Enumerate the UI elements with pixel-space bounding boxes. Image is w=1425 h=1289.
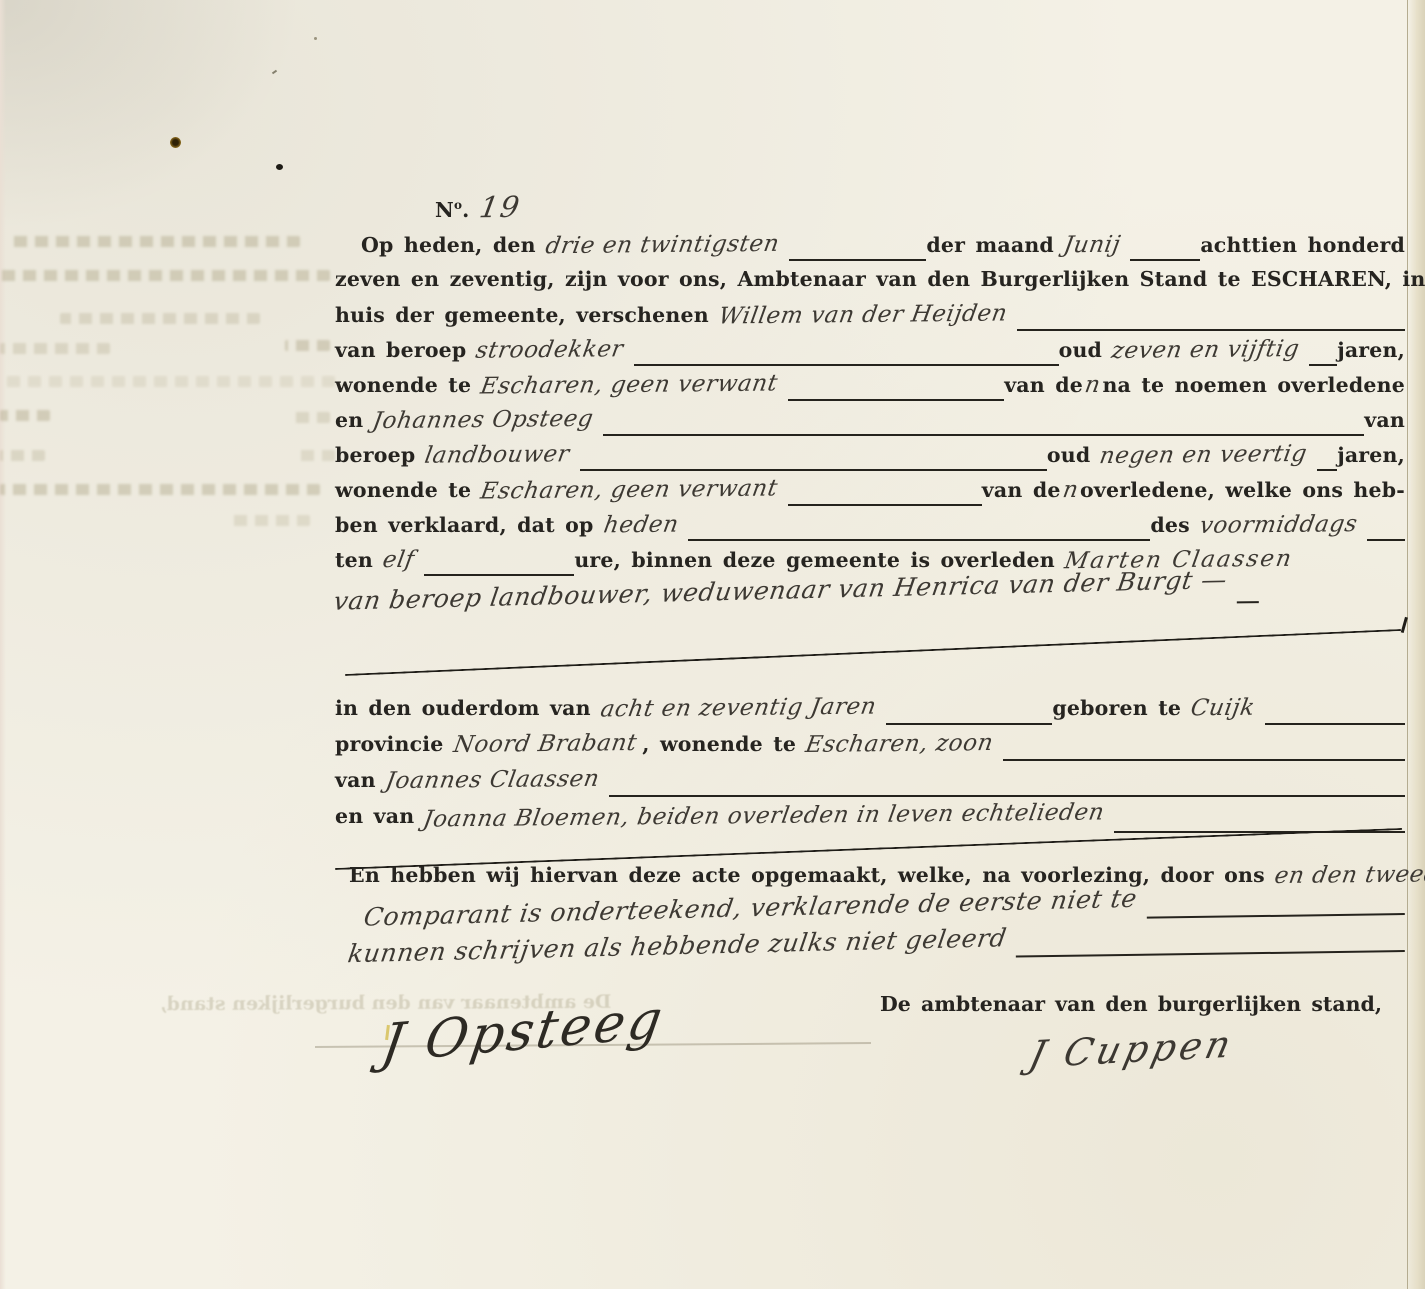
strike-through-line [345,629,1401,676]
ink-spot [170,137,181,148]
printed-text: beroep [335,443,415,467]
printed-text: geboren te [1052,696,1181,720]
bleedthrough-mark [290,412,330,423]
printed-text: in den ouderdom van [335,696,591,720]
fill-rule [788,399,1005,401]
printed-text: van beroep [335,338,466,362]
bleedthrough-mark [0,270,330,281]
fill-rule [1147,913,1405,919]
printed-text: ten [335,548,373,572]
bleedthrough-mark [0,376,335,387]
certificate-form: No. 19 Op heden, den drie en twintigsten… [335,190,1405,622]
printed-text: van de [1004,373,1083,397]
handwritten-entry: Noord Brabant [451,730,638,758]
ink-spot [276,164,283,170]
printed-text: en van [335,804,414,828]
handwritten-entry: Cuijk [1189,695,1257,722]
form-line-overlijdensdag: ben verklaard, dat op heden des voormidd… [335,512,1405,547]
printed-text: jaren, [1337,338,1405,362]
handwritten-entry: Escharen, geen verwant [479,370,780,399]
printed-text: ben verklaard, dat op [335,513,594,537]
fill-rule [1130,259,1200,261]
handwritten-entry: elf [381,547,417,573]
bleedthrough-mark [0,343,110,354]
form-line-comparant1-woonplaats: wonende te Escharen, geen verwant van de… [335,372,1405,407]
fill-rule [1237,601,1259,603]
handwritten-entry: voormiddags [1198,511,1360,539]
handwritten-entry: Junij [1062,232,1123,259]
handwritten-entry: Johannes Opsteeg [371,406,596,434]
handwritten-entry: Willem van der Heijden [716,300,1009,329]
bleedthrough-mark [230,515,310,526]
handwritten-entry: Joanna Bloemen, beiden overleden in leve… [422,799,1107,832]
ink-speck [314,37,317,40]
handwritten-entry: n [1060,477,1080,503]
bleedthrough-mark [60,313,260,324]
printed-text: overledene, welke ons heb- [1080,478,1405,502]
printed-text: wonende te [335,478,471,502]
handwritten-entry: zeven en vijftig [1110,336,1302,364]
form-line-year-place: zeven en zeventig, zijn voor ons, Ambten… [335,267,1405,302]
handwritten-entry: negen en veertig [1098,441,1309,469]
printed-text: van [335,768,376,792]
bleedthrough-mark [295,450,335,461]
act-number-line: No. 19 [335,190,1405,232]
bleedthrough-mark [0,450,45,461]
printed-text: oud [1059,338,1103,362]
fill-rule [1003,759,1405,761]
fill-rule [424,574,574,576]
printed-text: zeven en zeventig, zijn voor ons, Ambten… [335,267,1425,291]
fill-rule [634,364,1059,366]
registrar-signature: J Cuppen [1025,1022,1239,1076]
handwritten-entry: n [1083,372,1103,398]
page-left-edge [0,0,6,1289]
form-line-comparant1-name: huis der gemeente, verschenen Willem van… [335,302,1405,337]
fill-rule [1265,723,1405,725]
fill-rule [789,259,927,261]
form-line-ouderdom: in den ouderdom van acht en zeventig Jar… [335,695,1405,731]
printed-text: der maand [926,233,1054,257]
fill-rule [886,723,1053,725]
certificate-form-middle: in den ouderdom van acht en zeventig Jar… [335,695,1405,839]
printed-text: wonende te [335,373,471,397]
fill-rule [609,795,1405,797]
handwritten-entry: Escharen, zoon [804,730,996,758]
handwritten-entry: landbouwer [423,441,572,469]
handwritten-entry: heden [601,512,680,539]
printed-text: oud [1047,443,1091,467]
form-line-vader: van Joannes Claassen [335,767,1405,803]
printed-text: provincie [335,732,444,756]
fill-rule [1017,329,1405,331]
form-line-comparant2-name: en Johannes Opsteeg van [335,407,1405,442]
handwritten-entry: drie en twintigsten [543,231,781,259]
handwritten-entry: Escharen, geen verwant [479,475,780,504]
fill-rule [1317,469,1337,471]
printed-text: achttien honderd [1200,233,1405,257]
form-line-comparant2-woonplaats: wonende te Escharen, geen verwant van de… [335,477,1405,512]
handwritten-entry: Joannes Claassen [383,766,601,794]
printed-text: van [1364,408,1405,432]
handwritten-entry: stroodekker [474,336,626,364]
form-line-date: Op heden, den drie en twintigsten der ma… [335,232,1405,267]
printed-text: Op heden, den [361,233,536,257]
fill-rule [1016,950,1405,957]
bleedthrough-mark [0,484,320,495]
printed-text: ure, binnen deze gemeente is overleden [574,548,1055,572]
printed-text: na te noemen overledene [1102,373,1405,397]
bleedthrough-mark [0,410,50,421]
printed-text: des [1150,513,1190,537]
bleedthrough-mark [285,340,330,351]
death-certificate-scan: De ambtenaar van den burgerlijken stand,… [0,0,1425,1289]
corner-shade [0,0,300,230]
page-right-edge [1407,0,1425,1289]
act-number-value: 19 [477,190,524,224]
fill-rule [1367,539,1405,541]
printed-text: , wonende te [642,732,796,756]
act-number-label: No. [435,198,470,222]
fill-rule [580,469,1047,471]
fill-rule [603,434,1364,436]
form-line-comparant1-beroep: van beroep stroodekker oud zeven en vijf… [335,337,1405,372]
form-line-comparant2-beroep: beroep landbouwer oud negen en veertig j… [335,442,1405,477]
fill-rule [1309,364,1337,366]
fill-rule [788,504,982,506]
printed-text: van de [982,478,1061,502]
fill-rule [688,539,1150,541]
printed-text: huis der gemeente, verschenen [335,303,709,327]
handwritten-entry: acht en zeventig Jaren [598,694,878,723]
printed-text: en [335,408,363,432]
certificate-form-closing: En hebben wij hiervan deze acte opgemaak… [335,862,1405,973]
form-line-provincie: provincie Noord Brabant , wonende te Esc… [335,731,1405,767]
bleedthrough-mark [10,236,300,247]
printed-text: jaren, [1337,443,1405,467]
officer-caption: De ambtenaar van den burgerlijken stand, [880,992,1405,1016]
